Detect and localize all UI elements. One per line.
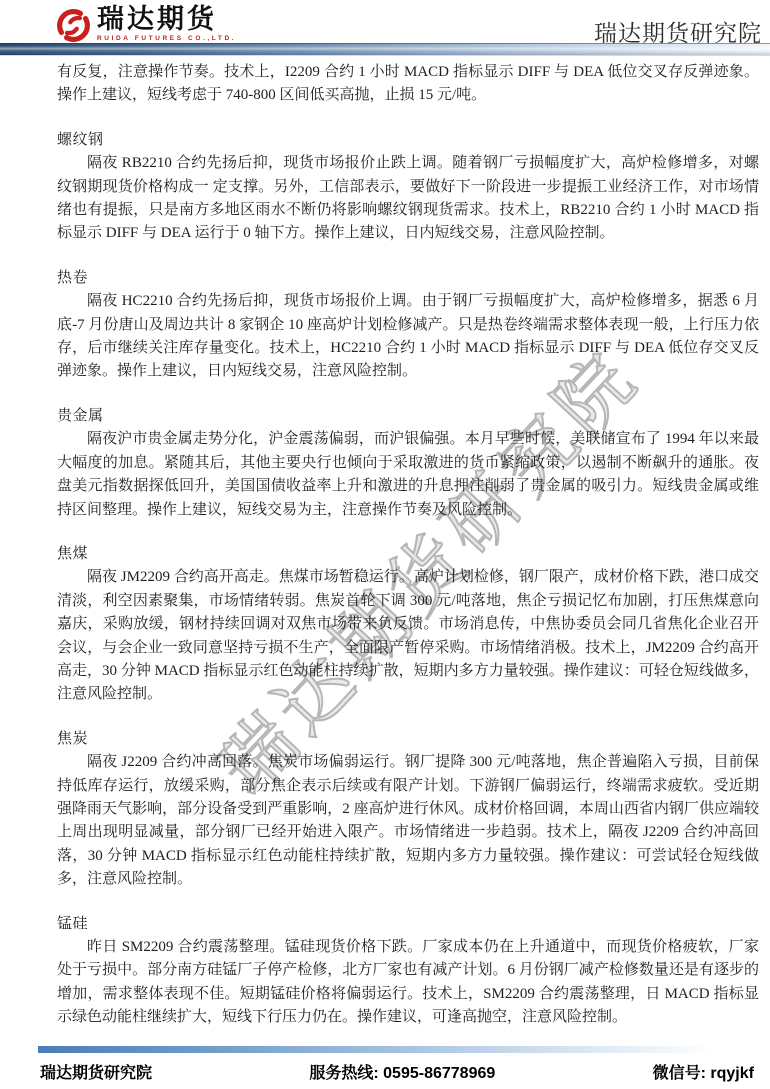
section-coking-coal: 焦煤 隔夜 JM2209 合约高开高走。焦煤市场暂稳运行。高炉计划检修，钢厂限产… (57, 543, 759, 707)
footer-org: 瑞达期货研究院 (40, 1060, 152, 1083)
header-divider-bar (0, 43, 770, 55)
footer: 瑞达期货研究院 服务热线: 0595-86778969 微信号: rqyjkf (40, 1060, 754, 1083)
section-hot-coil: 热卷 隔夜 HC2210 合约先扬后抑，现货市场报价上调。由于钢厂亏损幅度扩大，… (57, 267, 759, 384)
brand-name-en: RUIDA FUTURES CO.,LTD. (97, 35, 236, 42)
paragraph-precious-metals: 隔夜沪市贵金属走势分化，沪金震荡偏弱，而沪银偏强。本月早些时候，美联储宣布了 1… (57, 428, 759, 522)
paragraph-coking-coal: 隔夜 JM2209 合约高开高走。焦煤市场暂稳运行。高炉计划检修，钢厂限产，成材… (57, 566, 759, 706)
paragraph-continuation: 有反复，注意操作节奏。技术上，I2209 合约 1 小时 MACD 指标显示 D… (57, 61, 759, 108)
footer-wechat: 微信号: rqyjkf (653, 1060, 754, 1083)
footer-hotline: 服务热线: 0595-86778969 (309, 1060, 495, 1083)
footer-divider-bar (38, 1046, 716, 1053)
footer-hotline-number: 0595-86778969 (383, 1065, 495, 1082)
section-continuation: 有反复，注意操作节奏。技术上，I2209 合约 1 小时 MACD 指标显示 D… (57, 61, 759, 108)
footer-wechat-label: 微信号: (653, 1065, 711, 1082)
section-rebar: 螺纹钢 隔夜 RB2210 合约先扬后抑，现货市场报价止跌上调。随着钢厂亏损幅度… (57, 129, 759, 246)
logo: 瑞达期货 RUIDA FUTURES CO.,LTD. (55, 5, 236, 44)
section-heading-rebar: 螺纹钢 (57, 129, 759, 152)
paragraph-rebar: 隔夜 RB2210 合约先扬后抑，现货市场报价止跌上调。随着钢厂亏损幅度扩大，高… (57, 152, 759, 246)
section-heading-coke: 焦炭 (57, 728, 759, 751)
paragraph-coke: 隔夜 J2209 合约冲高回落。焦炭市场偏弱运行。钢厂提降 300 元/吨落地，… (57, 751, 759, 891)
section-heading-coking-coal: 焦煤 (57, 543, 759, 566)
section-heading-hot-coil: 热卷 (57, 267, 759, 290)
section-coke: 焦炭 隔夜 J2209 合约冲高回落。焦炭市场偏弱运行。钢厂提降 300 元/吨… (57, 728, 759, 892)
paragraph-manganese-silicon: 昨日 SM2209 合约震荡整理。锰硅现货价格下跌。厂家成本仍在上升通道中，而现… (57, 936, 759, 1030)
footer-hotline-label: 服务热线: (309, 1065, 383, 1082)
section-precious-metals: 贵金属 隔夜沪市贵金属走势分化，沪金震荡偏弱，而沪银偏强。本月早些时候，美联储宣… (57, 405, 759, 522)
ruida-logo-icon (55, 7, 92, 44)
report-page: 瑞达期货 RUIDA FUTURES CO.,LTD. 瑞达期货研究院 瑞达期货… (0, 0, 770, 1089)
report-body: 有反复，注意操作节奏。技术上，I2209 合约 1 小时 MACD 指标显示 D… (57, 61, 759, 1030)
section-heading-precious-metals: 贵金属 (57, 405, 759, 428)
footer-wechat-id: rqyjkf (710, 1065, 754, 1082)
section-manganese-silicon: 锰硅 昨日 SM2209 合约震荡整理。锰硅现货价格下跌。厂家成本仍在上升通道中… (57, 913, 759, 1030)
paragraph-hot-coil: 隔夜 HC2210 合约先扬后抑，现货市场报价上调。由于钢厂亏损幅度扩大，高炉检… (57, 290, 759, 384)
brand-name: 瑞达期货 (97, 5, 236, 34)
logo-text: 瑞达期货 RUIDA FUTURES CO.,LTD. (97, 5, 236, 42)
section-heading-manganese-silicon: 锰硅 (57, 913, 759, 936)
